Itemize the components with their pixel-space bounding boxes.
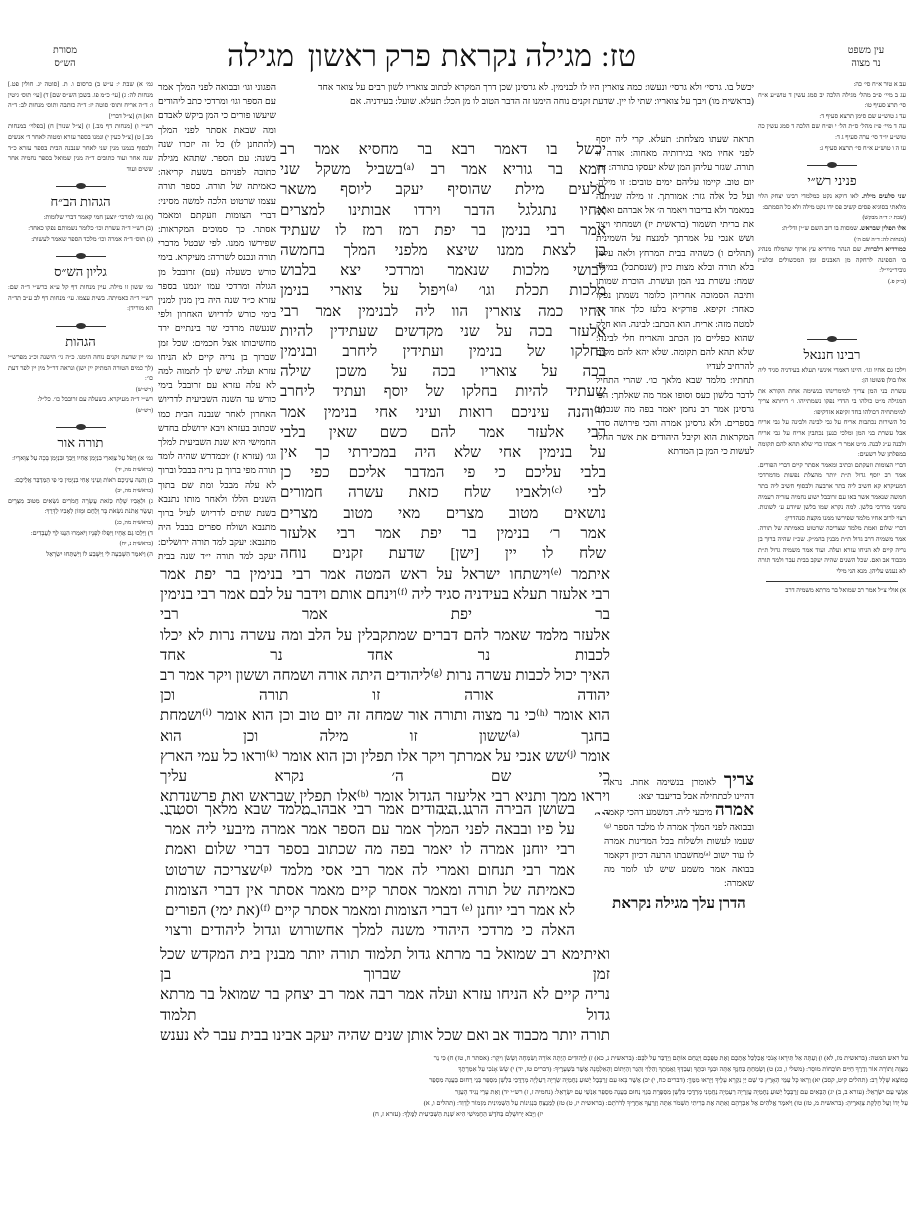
hagahot-rashi-note: רש״י ד״ה מעיקרא. כשעלה עם זרובבל כו׳. כל… bbox=[8, 395, 153, 406]
footer-line: מִצְוָה וְתוֹרָה אוֹר וְדֶרֶךְ חַיִּים ת… bbox=[8, 1064, 908, 1075]
gemara-line: רבי אלעזר תעלא בעידניה סגיד ליה ⁽ᶠ⁾וינחם… bbox=[160, 585, 610, 625]
gemara-line: איתמר ⁽ᵉ⁾וישתחו ישראל על ראש המטה אמר רב… bbox=[160, 565, 610, 585]
gemara-line: כאמיתה של תורה ומאמר אסתר קיים מאמר אסתר… bbox=[165, 881, 575, 901]
gemara-line: אחיו כמה צוארין הוו ליה לבנימין אמר רבי bbox=[280, 302, 606, 322]
gemara-line: בחלקו של בנימין ועתידין ליחרב ובנימין bbox=[280, 342, 606, 362]
ornament-divider-icon bbox=[56, 253, 106, 259]
tractate-name: מגילה bbox=[227, 40, 294, 74]
gemara-line: לבושי מלכות שנאמר ומרדכי יצא בלבוש bbox=[280, 261, 606, 281]
habach-entry: (א) גמ׳ למרכי׳ יוצען חמי קאמר דברי שלומו… bbox=[8, 213, 153, 224]
tosafot-paragraph: תראה שעתו מצלחת: תעלא. קרי ליה יוסף לפני… bbox=[596, 132, 754, 373]
ein-mishpat-label: עין משפט נר מצוה bbox=[826, 44, 906, 70]
gemara-wide: איתמר ⁽ᵉ⁾וישתחו ישראל על ראש המטה אמר רב… bbox=[160, 565, 610, 815]
gemara-line: רבי אלעזר אמר להם כשם שאין בלבי bbox=[280, 423, 606, 443]
ein-mishpat-entry: עב א טור א״ח סי׳ כה: bbox=[758, 80, 906, 91]
gemara-line: חמא בר גוריא אמר רב ⁽ᵃ⁾בשביל משקל שני bbox=[280, 160, 606, 180]
ornament-divider-icon bbox=[56, 424, 106, 430]
chananel-paragraph: דברי הצומות וזעקתם וכתיב ומאמר אסתר קיים… bbox=[758, 461, 906, 525]
gemara-line: על פיו ובבאה לפני המלך אמר עם הספר אמר א… bbox=[165, 820, 575, 840]
ein-mishpat-entry: עג ב מיי׳ פ״ב מהל׳ מגילה הלכה יב סמג עשי… bbox=[758, 91, 906, 112]
chananel-paragraph: כל השירות נכתבות אריח על גבי לבינה ולבינ… bbox=[758, 418, 906, 460]
gemara-line: אמר ר׳ בנימין בר יפת אמר רבי אלעזר bbox=[280, 524, 606, 544]
chananel-paragraph: דברי שלום ואמת מלמד שצריכה שרטוט כאמיתה … bbox=[758, 524, 906, 577]
ornament-divider-icon bbox=[56, 323, 106, 329]
hagahot-habach-title: הגהות הב״ח bbox=[8, 193, 153, 211]
habach-entry: (ג) תוס׳ ד״ה אמרה וכו׳ מלכד הספר שאמר לע… bbox=[8, 235, 153, 246]
torah-or-title: תורה אור bbox=[8, 434, 153, 452]
gemara-line: הוא אומר ⁽ʰ⁾כי נר מצוה ותורה אור שמחה זה… bbox=[160, 706, 610, 746]
gemara-line: נריה קיים לא הניחו עזרא ועלה אמר רבה אמר… bbox=[160, 985, 610, 1025]
tosafot-paragraph: תחתיו: מלמד שבא מלאך כו׳. שהרי התחיל לדב… bbox=[596, 373, 754, 458]
gemara-line: נושאים מטוב מצרים מאי מטוב מצרים bbox=[280, 504, 606, 524]
gemara-mid: בשושן הבירה הרגו היהודים אמר רבי אבהו מל… bbox=[165, 800, 575, 945]
masoret-entry: רש״י ו) [מנחות דף מב.] ז) [צ״ל שנור] ח) … bbox=[8, 122, 153, 175]
gemara-upper: יכשל בו דאמר רבא בר מחסיא אמר רב חמא בר … bbox=[280, 140, 606, 565]
ein-mishpat-section: עב א טור א״ח סי׳ כה: עג ב מיי׳ פ״ב מהל׳ … bbox=[758, 80, 906, 154]
gemara-line: אלעזר בכה על שני מקדשים שעתידין להיות bbox=[280, 322, 606, 342]
right-margin-column: עב א טור א״ח סי׳ כה: עג ב מיי׳ פ״ב מהל׳ … bbox=[758, 80, 906, 1040]
gilyon-text: גמ׳ ששון זו מילה. עיין מנחות דף קל ע״א כ… bbox=[8, 283, 153, 315]
gemara-line: אומר ⁽ʲ⁾שש אנכי על אמרתך ויקר אלו תפלין … bbox=[160, 747, 610, 787]
left-margin-column: גמ׳ א) שבת י: ע״ש ב) כרסום ו. ת. [סוטה י… bbox=[8, 80, 153, 1045]
gemara-line: לבי ⁽ᶜ⁾ולאביו שלח כזאת עשרה חמורים bbox=[280, 483, 606, 503]
penine-rashi-entry: אלו תפלין שבראש. שמסות בו רוב השם ש״ין ו… bbox=[758, 224, 906, 245]
torah-or-entry: ג) וּלְאָבִיו שָׁלַח כְּזֹאת עֲשָׂרָה חֲ… bbox=[8, 497, 153, 529]
footer-line: כְּמוֹצֵא שָׁלָל רָב: (תהלים קיט, קסב) י… bbox=[8, 1075, 908, 1086]
chananel-footnote: א) אולי צ״ל אמר רב שמואל בר מרתא משמיה ד… bbox=[758, 586, 906, 597]
gemara-line: ⁽ᵇ⁾והנה עיניכם רואות ועיני אחי בנימין אמ… bbox=[280, 403, 606, 423]
ornament-divider-icon bbox=[56, 183, 106, 189]
gemara-bottom: ואיתימא רב שמואל בר מרתא גדול תלמוד תורה… bbox=[160, 945, 610, 1045]
hagahot-title: הגהות bbox=[8, 333, 153, 351]
gemara-line: בן לצאת ממנו שיצא מלפני המלך בחמשה bbox=[280, 241, 606, 261]
hagahot-text: גמ׳ יין שדעת זקנים נוחה הימנו. כ״ה גי׳ ה… bbox=[8, 353, 153, 385]
ornament-divider-icon bbox=[807, 162, 857, 168]
gemara-line: אלעזר מלמד שאמר להם דברים שמתקבלין על הל… bbox=[160, 626, 610, 666]
tractate-heading: מגילה נקראת bbox=[441, 40, 592, 74]
ornament-divider-icon bbox=[807, 336, 857, 342]
gemara-line: סלעים מילת שהוסיף יעקב ליוסף משאר bbox=[280, 180, 606, 200]
torah-or-entry: ב) וְהִנֵּה עֵינֵיכֶם רֹאוֹת וְעֵינֵי אָ… bbox=[8, 476, 153, 497]
gemara-line: תורה יותר מכבוד אב ואם שכל אותן שנים שהי… bbox=[160, 1026, 610, 1045]
gemara-line: האלה כי מרדכי היהודי משנה למלך אחשורוש ו… bbox=[165, 921, 575, 941]
footer-line: אַנְשֵׁי עַם יִשְׂרָאֵל: (עזרא ב, ב) יג)… bbox=[8, 1087, 908, 1098]
penine-rashi-entry: כמורדיא דלברות. שם הנהר מורדיא עץ ארוך ש… bbox=[758, 245, 906, 287]
torah-or-entry: גמ׳ א) וַיִּפֹּל עַל צַוְּארֵי בִנְיָמִן… bbox=[8, 454, 153, 475]
gemara-line: אמר רבי תנחום ואמרי לה אמר רבי אסי מלמד … bbox=[165, 861, 575, 881]
gemara-line: בלבי עליכם כי פי המדבר אליכם כפי כן bbox=[280, 463, 606, 483]
torah-or-entry: ה) וַיֹּאמֶר הִשָּׁבְעָה לִּי וַיִּשָּׁב… bbox=[8, 550, 153, 561]
footnote-rule bbox=[766, 581, 898, 582]
gilyon-hashas-title: גליון הש״ס bbox=[8, 263, 153, 281]
tosafot-lower: צריך לאומרן בנשימה אחת. נראה דהיינו לכתח… bbox=[604, 773, 754, 943]
penine-rashi-title: פניני רש״י bbox=[758, 172, 906, 190]
tosafot-top-block: יכשל בו. גרסי׳ ולא גרסי׳ ונעשו: כמה צואר… bbox=[318, 80, 754, 132]
gemara-line: האיך יכול לכבות עשרה נרות ⁽ᵍ⁾ליהודים הית… bbox=[160, 666, 610, 706]
ein-mishpat-entry: עה ד מיי׳ פ״ז מהל׳ ס״ת הל׳ י ופ״ח שם הלכ… bbox=[758, 122, 906, 143]
chapter-heading: פרק ראשון bbox=[308, 40, 431, 74]
gemara-line: אמר רבי בנימן בר יפת רמז רמז לו שעתיד bbox=[280, 221, 606, 241]
footer-line: על ראש המטה: (בראשית מז, לא) ו) וְעַתָּה… bbox=[8, 1053, 908, 1064]
penine-rashi-entry: שני סלעים מילת. לאו דוקא נקט כמלמדי רבינ… bbox=[758, 192, 906, 224]
gemara-line: שעתיד להיות בחלקו של יוסף ועתיד ליחרב bbox=[280, 382, 606, 402]
tosafot-column: תראה שעתו מצלחת: תעלא. קרי ליה יוסף לפני… bbox=[596, 132, 754, 562]
ein-mishpat-entry: עו ה ו טוש״ע א״ח סי׳ תרצא סעיף ג: bbox=[758, 144, 906, 155]
page-header: עין משפט נר מצוה טז: מגילה נקראת פרק ראש… bbox=[0, 40, 914, 74]
gemara-line: מלכות תכלת וגו׳ ⁽ᵃ⁾ויפול על צוארי בנימן bbox=[280, 281, 606, 301]
masoret-label: מסורת הש״ס bbox=[45, 44, 85, 70]
gemara-line: על בנימין אחי שלא היה במכירתי כך אין bbox=[280, 443, 606, 463]
gemara-line: יכשל בו דאמר רבא בר מחסיא אמר רב bbox=[280, 140, 606, 160]
gemara-line: שלח לו יין [ישן] שדעת זקנים נוחה bbox=[280, 544, 606, 564]
gemara-line: ואיתימא רב שמואל בר מרתא גדול תלמוד תורה… bbox=[160, 945, 610, 985]
torah-or-entry: ד) וַיֵּלְכוּ גַּם אֶחָיו וַיִּפְּלוּ לְ… bbox=[8, 529, 153, 550]
gemara-line: רבי יוחנן אמרה לו יאמר בפה מה שכתוב בספר… bbox=[165, 840, 575, 860]
footer-verses: על ראש המטה: (בראשית מז, לא) ו) וְעַתָּה… bbox=[8, 1053, 908, 1120]
gemara-line: לא אמר רבי יוחנן ⁽ᵉ⁾ דברי הצומות ומאמר א… bbox=[165, 901, 575, 921]
rashi-paragraph: הפגוני וגו׳ ובבואה לפני המלך אמר עם הספר… bbox=[158, 80, 276, 562]
gemara-line: אחיו נתגלגל הדבר וירדו אבותינו למצרים bbox=[280, 201, 606, 221]
masoret-entry: גמ׳ א) שבת י: ע״ש ב) כרסום ו. ת. [סוטה י… bbox=[8, 80, 153, 122]
daf-number: טז: bbox=[601, 40, 636, 74]
footer-line: עַל יָדוֹ וְעַל חֶלְקַת צַוָּארֶיהָ: (בר… bbox=[8, 1098, 908, 1109]
gemara-line: בכה על צואריו בכה על משכן שילה bbox=[280, 362, 606, 382]
talmud-page: עין משפט נר מצוה טז: מגילה נקראת פרק ראש… bbox=[0, 0, 914, 1213]
gemara-line: בשושן הבירה הרגו היהודים אמר רבי אבהו מל… bbox=[165, 800, 575, 820]
rabbenu-chananel-title: רבינו חננאל bbox=[758, 346, 906, 364]
rashi-column: הפגוני וגו׳ ובבואה לפני המלך אמר עם הספר… bbox=[158, 80, 276, 562]
hadran-heading: הדרן עלך מגילה נקראת bbox=[604, 897, 754, 911]
habach-entry: (ב) רש״י ד״ה עשרת וכו׳ כלומר נשמותם נפקו… bbox=[8, 224, 153, 235]
footer-line: יז) וַיָּבֹא יְרוּשָׁלַם בַּחֹדֶשׁ הַחֲמ… bbox=[8, 1109, 908, 1120]
chananel-paragraph: וילכו גם אחיו וגו׳. היינו דאמרי אינשי תע… bbox=[758, 366, 906, 387]
ein-mishpat-entry: עד ג טוש״ע שם סימן תרצא סעיף ד: bbox=[758, 112, 906, 123]
chananel-paragraph: עשרת בני המן צריך למימרינהו בנשימה אחת ה… bbox=[758, 387, 906, 419]
